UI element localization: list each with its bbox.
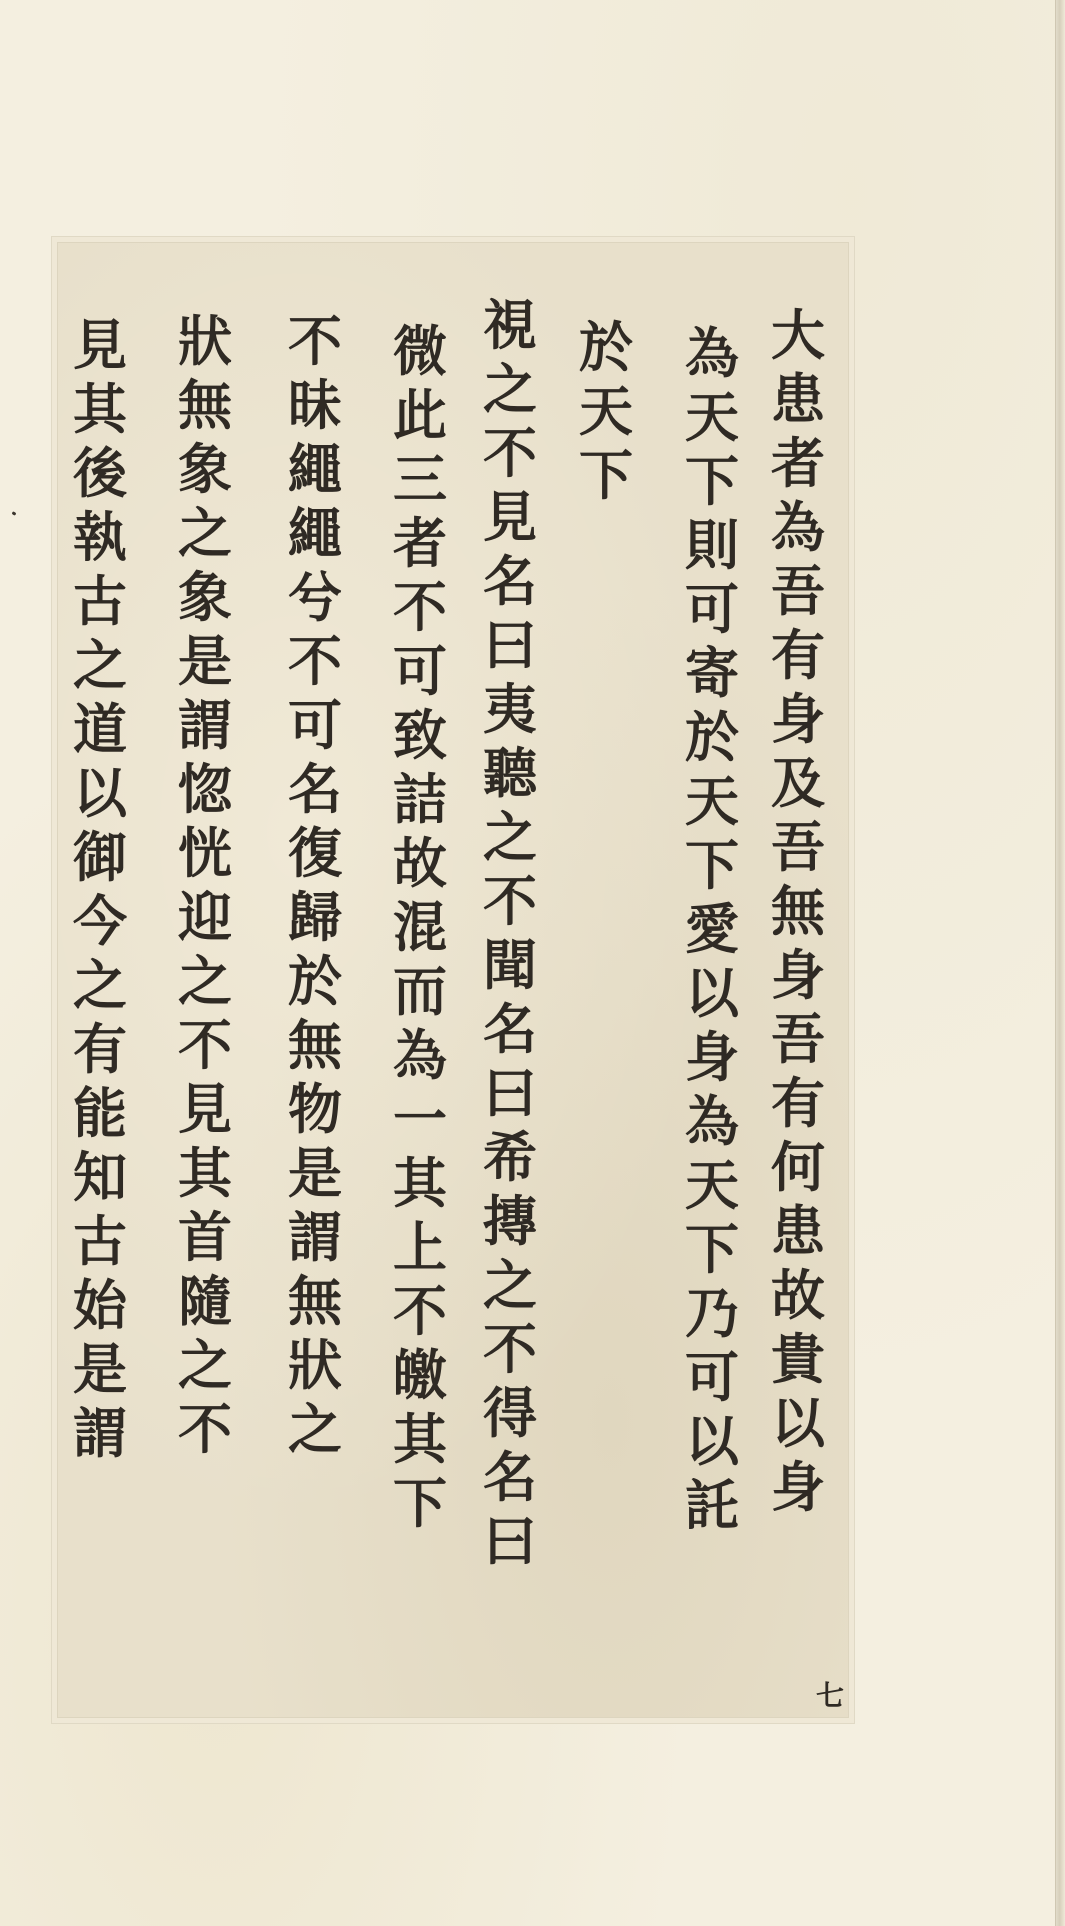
calligraphy-character: 為: [380, 1023, 460, 1087]
calligraphy-character: 天: [672, 1153, 752, 1217]
calligraphy-character: 吾: [758, 559, 838, 623]
calligraphy-character: 有: [758, 623, 838, 687]
calligraphy-character: 是: [275, 1141, 355, 1205]
calligraphy-character: 三: [380, 447, 460, 511]
calligraphy-character: 皦: [380, 1343, 460, 1407]
calligraphy-character: 天: [672, 769, 752, 833]
calligraphy-character: 名: [470, 997, 550, 1061]
calligraphy-character: 不: [275, 309, 355, 373]
calligraphy-character: 不: [380, 1279, 460, 1343]
calligraphy-character: 不: [470, 869, 550, 933]
calligraphy-character: 是: [60, 1337, 140, 1401]
calligraphy-character: 有: [758, 1071, 838, 1135]
calligraphy-character: 身: [672, 1025, 752, 1089]
calligraphy-character: 謂: [275, 1205, 355, 1269]
calligraphy-character: 無: [165, 373, 245, 437]
calligraphy-character: 知: [60, 1145, 140, 1209]
calligraphy-character: 隨: [165, 1269, 245, 1333]
calligraphy-character: 兮: [275, 565, 355, 629]
calligraphy-character: 繩: [275, 501, 355, 565]
calligraphy-character: 於: [275, 949, 355, 1013]
calligraphy-character: 惚: [165, 757, 245, 821]
calligraphy-character: 迎: [165, 885, 245, 949]
calligraphy-character: 名: [470, 1445, 550, 1509]
text-column-3: 於天下: [566, 315, 646, 507]
calligraphy-character: 曰: [470, 1509, 550, 1573]
calligraphy-character: 見: [60, 313, 140, 377]
calligraphy-character: 見: [470, 485, 550, 549]
calligraphy-character: 以: [60, 761, 140, 825]
calligraphy-character: 何: [758, 1135, 838, 1199]
calligraphy-character: 及: [758, 751, 838, 815]
calligraphy-character: 不: [275, 629, 355, 693]
calligraphy-character: 為: [672, 1089, 752, 1153]
calligraphy-character: 之: [165, 1333, 245, 1397]
calligraphy-character: 下: [672, 1217, 752, 1281]
calligraphy-character: 下: [672, 833, 752, 897]
calligraphy-character: 繩: [275, 437, 355, 501]
calligraphy-character: 之: [165, 949, 245, 1013]
calligraphy-character: 始: [60, 1273, 140, 1337]
calligraphy-character: 天: [672, 385, 752, 449]
calligraphy-character: 歸: [275, 885, 355, 949]
calligraphy-character: 愛: [672, 897, 752, 961]
calligraphy-character: 道: [60, 697, 140, 761]
calligraphy-character: 下: [672, 449, 752, 513]
calligraphy-character: 之: [470, 1253, 550, 1317]
calligraphy-character: 於: [672, 705, 752, 769]
calligraphy-character: 身: [758, 1455, 838, 1519]
calligraphy-character: 者: [758, 431, 838, 495]
calligraphy-character: 為: [758, 495, 838, 559]
calligraphy-character: 今: [60, 889, 140, 953]
calligraphy-character: 吾: [758, 815, 838, 879]
calligraphy-character: 謂: [165, 693, 245, 757]
calligraphy-character: 後: [60, 441, 140, 505]
calligraphy-character: 為: [672, 321, 752, 385]
calligraphy-character: 能: [60, 1081, 140, 1145]
calligraphy-character: 可: [380, 639, 460, 703]
calligraphy-character: 之: [165, 501, 245, 565]
calligraphy-character: 以: [758, 1391, 838, 1455]
calligraphy-character: 名: [470, 549, 550, 613]
calligraphy-character: 故: [380, 831, 460, 895]
calligraphy-character: 其: [380, 1407, 460, 1471]
calligraphy-character: 而: [380, 959, 460, 1023]
calligraphy-character: 得: [470, 1381, 550, 1445]
calligraphy-character: 致: [380, 703, 460, 767]
calligraphy-character: 聞: [470, 933, 550, 997]
calligraphy-character: 下: [380, 1471, 460, 1535]
calligraphy-character: 之: [275, 1397, 355, 1461]
calligraphy-character: 狀: [275, 1333, 355, 1397]
calligraphy-character: 大: [758, 303, 838, 367]
calligraphy-character: 之: [470, 805, 550, 869]
text-column-7: 狀無象之象是謂惚恍迎之不見其首隨之不: [165, 309, 245, 1461]
text-column-8: 見其後執古之道以御今之有能知古始是謂: [60, 313, 140, 1465]
calligraphy-character: 其: [165, 1141, 245, 1205]
calligraphy-character: 不: [165, 1397, 245, 1461]
calligraphy-character: 託: [672, 1473, 752, 1537]
calligraphy-character: 故: [758, 1263, 838, 1327]
calligraphy-character: 象: [165, 437, 245, 501]
calligraphy-character: 可: [672, 1345, 752, 1409]
calligraphy-character: 是: [165, 629, 245, 693]
calligraphy-character: 患: [758, 1199, 838, 1263]
text-column-1: 大患者為吾有身及吾無身吾有何患故貴以身: [758, 303, 838, 1519]
calligraphy-character: 不: [470, 421, 550, 485]
calligraphy-character: 視: [470, 293, 550, 357]
calligraphy-character: 詰: [380, 767, 460, 831]
calligraphy-character: 可: [672, 577, 752, 641]
calligraphy-character: 聽: [470, 741, 550, 805]
text-column-6: 不昧繩繩兮不可名復歸於無物是謂無狀之: [275, 309, 355, 1461]
calligraphy-character: 首: [165, 1205, 245, 1269]
calligraphy-character: 之: [60, 633, 140, 697]
calligraphy-character: 乃: [672, 1281, 752, 1345]
calligraphy-character: 希: [470, 1125, 550, 1189]
calligraphy-character: 下: [566, 443, 646, 507]
calligraphy-character: 曰: [470, 1061, 550, 1125]
calligraphy-character: 其: [60, 377, 140, 441]
calligraphy-character: 無: [275, 1013, 355, 1077]
calligraphy-character: 貴: [758, 1327, 838, 1391]
calligraphy-character: 一: [380, 1087, 460, 1151]
calligraphy-character: 不: [380, 575, 460, 639]
calligraphy-character: 之: [470, 357, 550, 421]
calligraphy-character: 恍: [165, 821, 245, 885]
calligraphy-character: 執: [60, 505, 140, 569]
calligraphy-character: 有: [60, 1017, 140, 1081]
calligraphy-character: 不: [470, 1317, 550, 1381]
calligraphy-character: 古: [60, 569, 140, 633]
mount-right-edge: [1056, 0, 1065, 1926]
calligraphy-character: 古: [60, 1209, 140, 1273]
text-column-4: 視之不見名曰夷聽之不聞名曰希摶之不得名曰: [470, 293, 550, 1573]
calligraphy-character: 象: [165, 565, 245, 629]
calligraphy-character: 身: [758, 687, 838, 751]
calligraphy-character: 名: [275, 757, 355, 821]
calligraphy-character: 者: [380, 511, 460, 575]
calligraphy-character: 於: [566, 315, 646, 379]
calligraphy-character: 見: [165, 1077, 245, 1141]
calligraphy-character: 混: [380, 895, 460, 959]
calligraphy-character: 吾: [758, 1007, 838, 1071]
calligraphy-character: 可: [275, 693, 355, 757]
calligraphy-character: 昧: [275, 373, 355, 437]
calligraphy-character: 御: [60, 825, 140, 889]
calligraphy-character: 狀: [165, 309, 245, 373]
calligraphy-character: 謂: [60, 1401, 140, 1465]
calligraphy-character: 復: [275, 821, 355, 885]
calligraphy-character: 上: [380, 1215, 460, 1279]
calligraphy-character: 之: [60, 953, 140, 1017]
calligraphy-character: 夷: [470, 677, 550, 741]
calligraphy-character: 寄: [672, 641, 752, 705]
calligraphy-character: 則: [672, 513, 752, 577]
calligraphy-character: 以: [672, 1409, 752, 1473]
calligraphy-character: 其: [380, 1151, 460, 1215]
calligraphy-character: 患: [758, 367, 838, 431]
calligraphy-character: 不: [165, 1013, 245, 1077]
calligraphy-character: 物: [275, 1077, 355, 1141]
calligraphy-character: 無: [275, 1269, 355, 1333]
text-column-2: 為天下則可寄於天下愛以身為天下乃可以託: [672, 321, 752, 1537]
calligraphy-panel: 大患者為吾有身及吾無身吾有何患故貴以身 為天下則可寄於天下愛以身為天下乃可以託 …: [58, 243, 848, 1717]
calligraphy-character: 以: [672, 961, 752, 1025]
calligraphy-character: 無: [758, 879, 838, 943]
text-column-5: 微此三者不可致詰故混而為一其上不皦其下: [380, 319, 460, 1535]
calligraphy-character: 此: [380, 383, 460, 447]
calligraphy-character: 摶: [470, 1189, 550, 1253]
calligraphy-character: 曰: [470, 613, 550, 677]
calligraphy-character: 身: [758, 943, 838, 1007]
calligraphy-character: 天: [566, 379, 646, 443]
calligraphy-character: 微: [380, 319, 460, 383]
page-number: 七: [810, 1678, 850, 1714]
